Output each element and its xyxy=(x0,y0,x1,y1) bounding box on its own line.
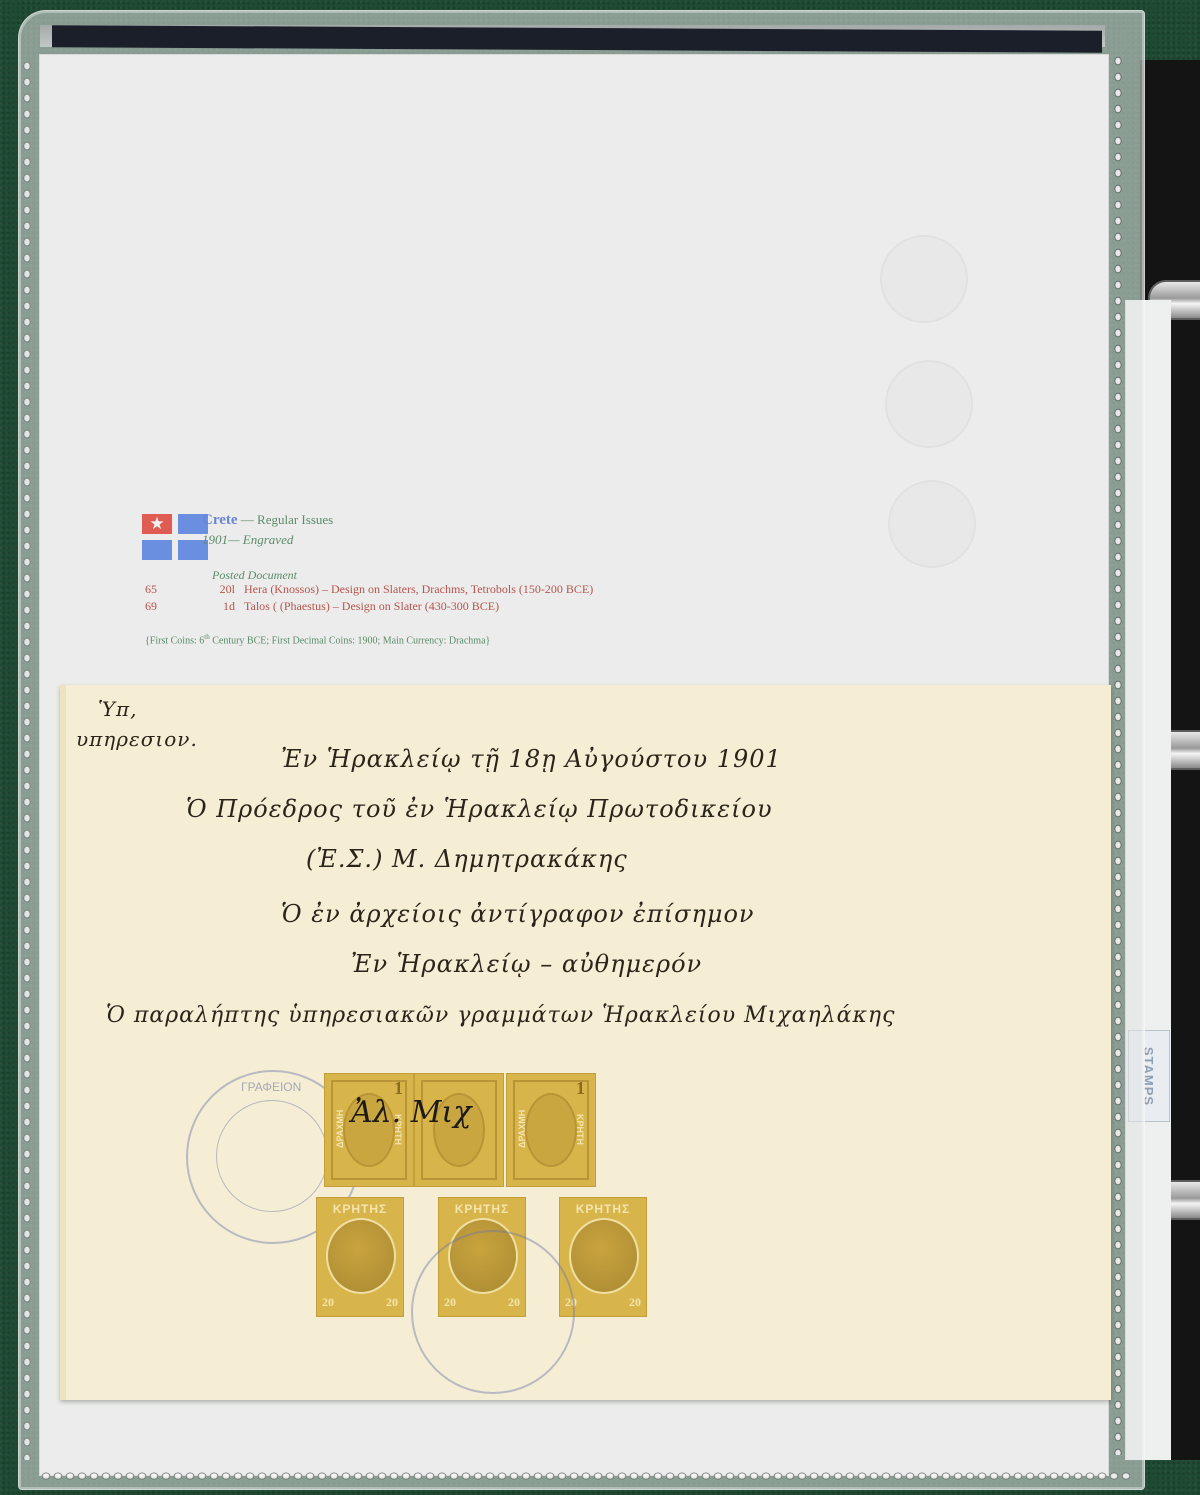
crete-flag-icon: ★ xyxy=(142,514,208,560)
stamp-1d-talos: ΔΡΑΧΜΗ ΚΡΗΤΗ 1 xyxy=(324,1073,414,1187)
ghost-coin-mark xyxy=(888,480,976,568)
footnote: {First Coins: 6th Century BCE; First Dec… xyxy=(145,633,490,646)
handwriting-line: Ὑπ, xyxy=(98,697,138,721)
stamp-20l-hera: ΚΡΗΤΗΣ 20 20 xyxy=(316,1197,404,1317)
posted-document: Ὑπ, υπηρεσιον. Ἐν Ἡρακλείῳ τῇ 18ῃ Αὐγούσ… xyxy=(60,685,1111,1400)
handwriting-line: (Ἐ.Σ.) Μ. Δημητρακάκης xyxy=(306,845,628,873)
section-label: Posted Document xyxy=(212,568,297,583)
handwriting-line: Ὁ ἐν ἀρχείοις ἀντίγραφον ἐπίσημον xyxy=(281,900,755,928)
handwriting-line: υπηρεσιον. xyxy=(76,727,198,751)
postmark xyxy=(411,1230,575,1394)
series-name: Regular Issues xyxy=(257,512,333,527)
handwriting-line: Ἐν Ἡρακλείῳ τῇ 18ῃ Αὐγούστου 1901 xyxy=(281,745,782,773)
postmark-inner xyxy=(216,1100,328,1212)
catalogue-row: 6520lHera (Knossos) – Design on Slaters,… xyxy=(145,582,593,597)
album-title: Crete — Regular Issues xyxy=(202,512,333,529)
ghost-coin-mark xyxy=(885,360,973,448)
catalogue-row: 691dTalos ( (Phaestus) – Design on Slate… xyxy=(145,599,499,614)
handwriting-line: Ὁ Πρόεδρος τοῦ ἐν Ἡρακλείῳ Πρωτοδικείου xyxy=(186,795,773,823)
sleeve-perforation-bottom xyxy=(40,1470,1130,1482)
signature: Ἀλ. Μιχ xyxy=(351,1095,471,1130)
stamp-1d-talos-left-half xyxy=(414,1073,504,1187)
handwriting-line: Ἐν Ἡρακλείῳ – αὐθημερόν xyxy=(351,950,702,978)
country-name: Crete xyxy=(202,512,238,528)
sleeve-perforation-right xyxy=(1112,55,1124,1455)
album-subtitle: 1901— Engraved xyxy=(202,532,293,548)
sleeve-perforation-left xyxy=(20,60,34,1460)
ghost-coin-mark xyxy=(880,235,968,323)
handwriting-line: Ὁ παραλήπτης ὑπηρεσιακῶν γραμμάτων Ἡρακλ… xyxy=(106,1003,895,1028)
stamp-1d-talos: ΔΡΑΧΜΗ ΚΡΗΤΗ 1 xyxy=(506,1073,596,1187)
